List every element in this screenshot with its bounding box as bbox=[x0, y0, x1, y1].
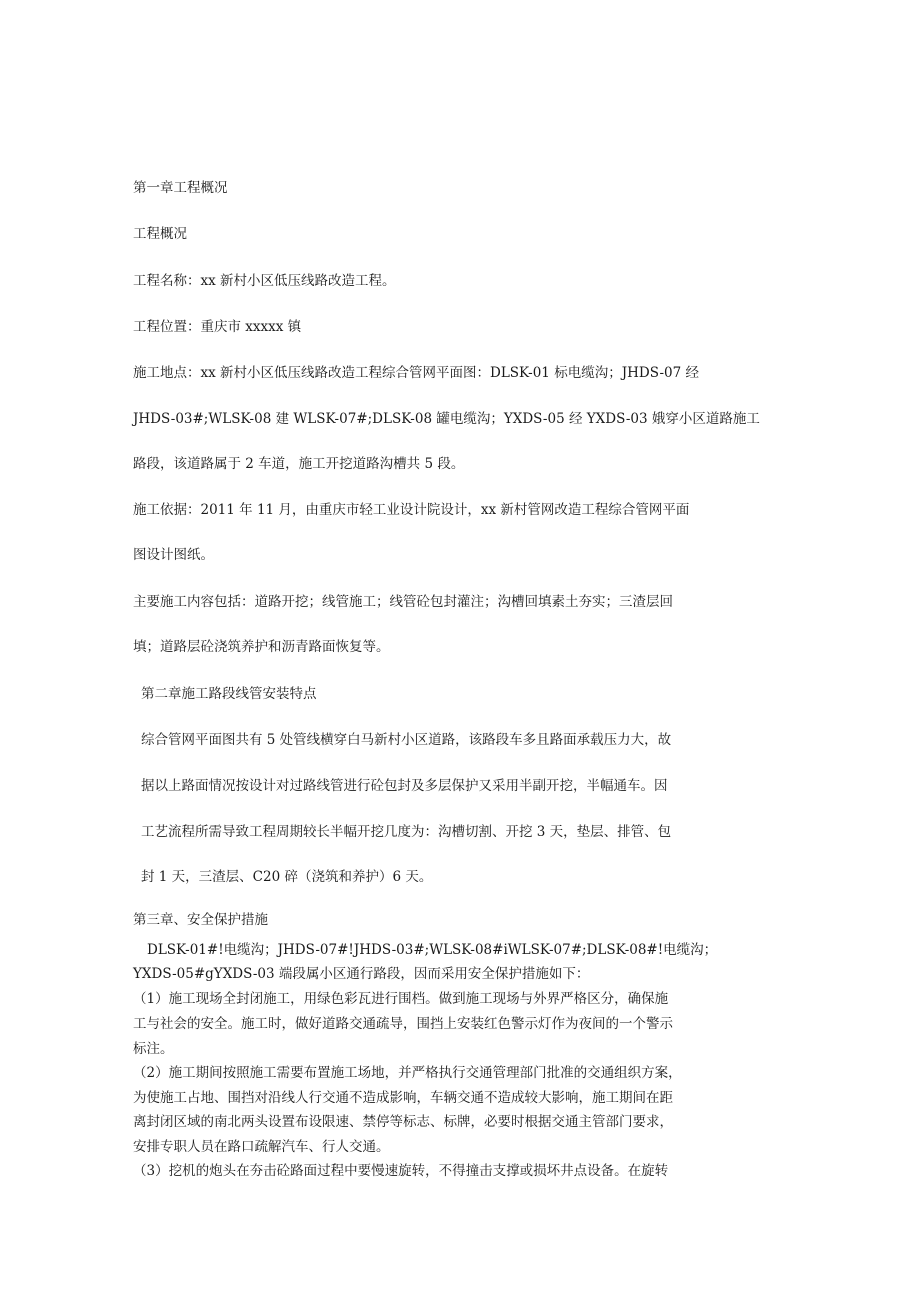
paragraph-line: 图设计图纸。 bbox=[133, 546, 214, 564]
paragraph-line: 主要施工内容包括：道路开挖；线管施工；线管砼包封灌注；沟槽回填素土夯实；三渣层回 bbox=[133, 593, 673, 611]
paragraph-line: 路段，该道路属于 2 车道，施工开挖道路沟槽共 5 段。 bbox=[133, 455, 464, 473]
paragraph-line: （2）施工期间按照施工需要布置施工场地，并严格执行交通管理部门批准的交通组织方案… bbox=[133, 1064, 682, 1082]
chapter1-subtitle: 工程概况 bbox=[133, 225, 187, 243]
paragraph-line: 据以上路面情况按设计对过路线管进行砼包封及多层保护又采用半副开挖，半幅通车。因 bbox=[141, 777, 668, 795]
paragraph-line: 填；道路层砼浇筑养护和沥青路面恢复等。 bbox=[133, 638, 390, 656]
paragraph-line: 工与社会的安全。施工时，做好道路交通疏导，围挡上安装红色警示灯作为夜间的一个警示 bbox=[133, 1015, 673, 1033]
paragraph-line: （3）挖机的炮头在夯击砼路面过程中要慢速旋转，不得撞击支撑或损坏井点设备。在旋转 bbox=[133, 1162, 668, 1180]
paragraph-line: 工程位置：重庆市 xxxxx 镇 bbox=[133, 318, 301, 336]
paragraph-line: 工艺流程所需导致工程周期较长半幅开挖几度为：沟槽切割、开挖 3 天，垫层、排管、… bbox=[141, 823, 671, 841]
chapter1-title: 第一章工程概况 bbox=[133, 179, 228, 197]
paragraph-line: 施工依据：2011 年 11 月，由重庆市轻工业设计院设计，xx 新村管网改造工… bbox=[133, 501, 689, 519]
paragraph-line: 离封闭区域的南北两头设置布设限速、禁停等标志、标牌，必要时根据交通主管部门要求， bbox=[133, 1113, 673, 1131]
paragraph-line: 安排专职人员在路口疏解汽车、行人交通。 bbox=[133, 1138, 390, 1156]
paragraph-line: YXDS-05#gYXDS-03 端段属小区通行路段，因而采用安全保护措施如下： bbox=[133, 965, 589, 983]
paragraph-line: JHDS-03#;WLSK-08 建 WLSK-07#;DLSK-08 罐电缆沟… bbox=[133, 410, 760, 428]
paragraph-line: 工程名称：xx 新村小区低压线路改造工程。 bbox=[133, 272, 396, 290]
paragraph-line: （1）施工现场全封闭施工，用绿色彩瓦进行围档。做到施工现场与外界严格区分，确保施 bbox=[133, 990, 668, 1008]
chapter3-title: 第三章、安全保护措施 bbox=[133, 911, 268, 929]
paragraph-line: 为使施工占地、围挡对沿线人行交通不造成影响，车辆交通不造成较大影响，施工期间在距 bbox=[133, 1089, 673, 1107]
paragraph-line: 封 1 天，三渣层、C20 碎（浇筑和养护）6 天。 bbox=[141, 868, 432, 886]
paragraph-line: DLSK-01#!电缆沟；JHDS-07#!JHDS-03#;WLSK-08#i… bbox=[147, 941, 717, 959]
paragraph-line: 标注。 bbox=[133, 1040, 174, 1058]
chapter2-title: 第二章施工路段线管安装特点 bbox=[141, 685, 317, 703]
paragraph-line: 综合管网平面图共有 5 处管线横穿白马新村小区道路，该路段车多且路面承载压力大，… bbox=[141, 731, 671, 749]
paragraph-line: 施工地点：xx 新村小区低压线路改造工程综合管网平面图：DLSK-01 标电缆沟… bbox=[133, 364, 699, 382]
